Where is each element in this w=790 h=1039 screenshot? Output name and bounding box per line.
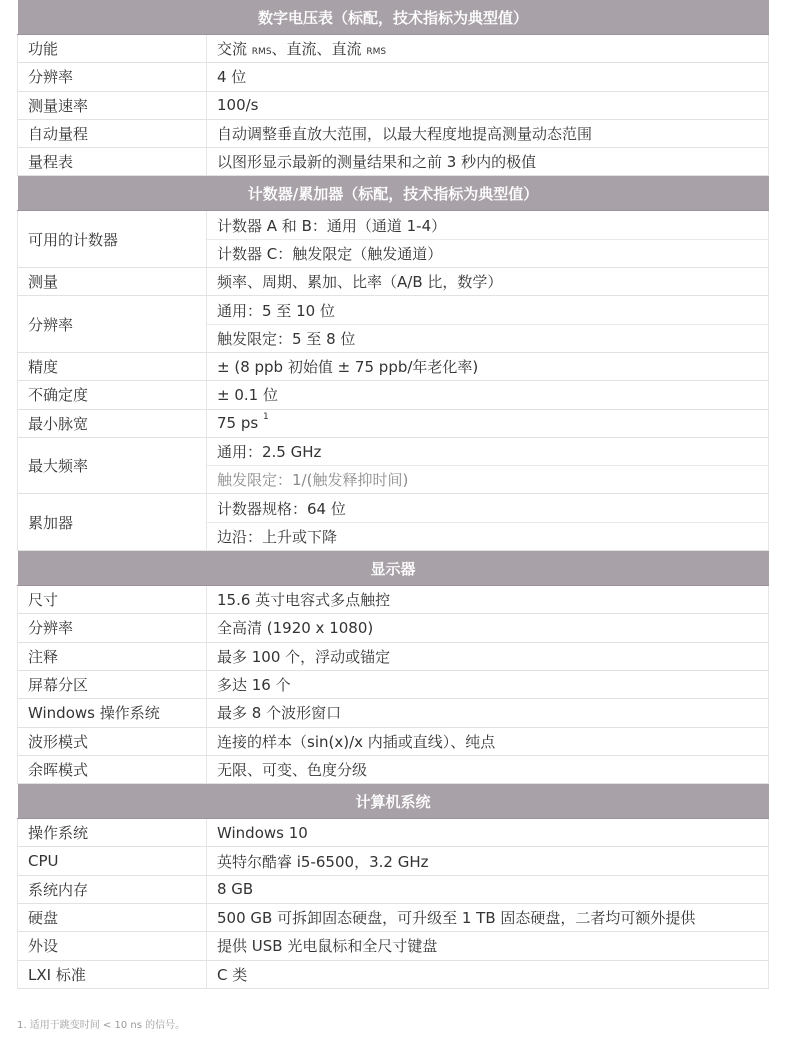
row-label: 不确定度 xyxy=(18,381,207,409)
value-text: 75 ps xyxy=(217,414,258,432)
row-value: 15.6 英寸电容式多点触控 xyxy=(207,586,769,614)
section-header-computer: 计算机系统 xyxy=(18,784,769,819)
row-value: 边沿：上升或下降 xyxy=(207,522,769,550)
row-label: 测量 xyxy=(18,268,207,296)
row-value: 多达 16 个 xyxy=(207,670,769,698)
row-value: C 类 xyxy=(207,960,769,988)
row-value: 最多 100 个，浮动或锚定 xyxy=(207,642,769,670)
row-label: 硬盘 xyxy=(18,904,207,932)
row-value: 交流 RMS、直流、直流 RMS xyxy=(207,35,769,63)
row-value: 提供 USB 光电鼠标和全尺寸键盘 xyxy=(207,932,769,960)
table-row: 注释 最多 100 个，浮动或锚定 xyxy=(18,642,769,670)
row-label: 自动量程 xyxy=(18,119,207,147)
row-value: 100/s xyxy=(207,91,769,119)
section-header-counter: 计数器/累加器（标配，技术指标为典型值） xyxy=(18,176,769,211)
table-row: 量程表 以图形显示最新的测量结果和之前 3 秒内的极值 xyxy=(18,148,769,176)
row-label: 波形模式 xyxy=(18,727,207,755)
section-title: 计数器/累加器（标配，技术指标为典型值） xyxy=(18,176,769,211)
row-value: 英特尔酷睿 i5-6500，3.2 GHz xyxy=(207,847,769,875)
table-row: 不确定度 ± 0.1 位 xyxy=(18,381,769,409)
table-row: 测量速率 100/s xyxy=(18,91,769,119)
row-label: 注释 xyxy=(18,642,207,670)
row-label: 尺寸 xyxy=(18,586,207,614)
table-row: 精度 ± (8 ppb 初始值 ± 75 ppb/年老化率) xyxy=(18,352,769,380)
table-row: 尺寸 15.6 英寸电容式多点触控 xyxy=(18,586,769,614)
table-row: 测量 频率、周期、累加、比率（A/B 比，数学） xyxy=(18,268,769,296)
row-label: 系统内存 xyxy=(18,875,207,903)
table-row: 自动量程 自动调整垂直放大范围，以最大程度地提高测量动态范围 xyxy=(18,119,769,147)
row-value: Windows 10 xyxy=(207,819,769,847)
row-label: 分辨率 xyxy=(18,614,207,642)
row-value: 自动调整垂直放大范围，以最大程度地提高测量动态范围 xyxy=(207,119,769,147)
table-row: 分辨率 4 位 xyxy=(18,63,769,91)
row-value: ± 0.1 位 xyxy=(207,381,769,409)
table-row: 累加器 计数器规格：64 位 xyxy=(18,494,769,522)
row-label: 分辨率 xyxy=(18,296,207,353)
value-text: 交流 xyxy=(217,40,247,58)
footnote-ref: 1 xyxy=(263,412,269,422)
row-label: 最大频率 xyxy=(18,437,207,494)
row-label: 外设 xyxy=(18,932,207,960)
row-value: 计数器规格：64 位 xyxy=(207,494,769,522)
section-title: 数字电压表（标配，技术指标为典型值） xyxy=(18,0,769,35)
section-title: 计算机系统 xyxy=(18,784,769,819)
row-value: 频率、周期、累加、比率（A/B 比，数学） xyxy=(207,268,769,296)
row-value: 通用：5 至 10 位 xyxy=(207,296,769,324)
row-value: 通用：2.5 GHz xyxy=(207,437,769,465)
footnote: 1. 适用于跳变时间 < 10 ns 的信号。 xyxy=(17,1016,185,1031)
row-label: 量程表 xyxy=(18,148,207,176)
table-row: 最大频率 通用：2.5 GHz xyxy=(18,437,769,465)
table-row: 系统内存 8 GB xyxy=(18,875,769,903)
table-row: LXI 标准 C 类 xyxy=(18,960,769,988)
row-value: 最多 8 个波形窗口 xyxy=(207,699,769,727)
row-label: 功能 xyxy=(18,35,207,63)
row-value: 以图形显示最新的测量结果和之前 3 秒内的极值 xyxy=(207,148,769,176)
row-value: 75 ps 1 xyxy=(207,409,769,437)
table-row: 屏幕分区 多达 16 个 xyxy=(18,670,769,698)
value-text: 、直流、直流 xyxy=(272,40,362,58)
row-value: 8 GB xyxy=(207,875,769,903)
row-value: 计数器 C：触发限定（触发通道） xyxy=(207,239,769,267)
row-label: 分辨率 xyxy=(18,63,207,91)
row-label: Windows 操作系统 xyxy=(18,699,207,727)
row-value: 触发限定：5 至 8 位 xyxy=(207,324,769,352)
section-header-dvm: 数字电压表（标配，技术指标为典型值） xyxy=(18,0,769,35)
row-label: 精度 xyxy=(18,352,207,380)
row-value: 全高清 (1920 x 1080) xyxy=(207,614,769,642)
table-row: 操作系统 Windows 10 xyxy=(18,819,769,847)
table-row: 最小脉宽 75 ps 1 xyxy=(18,409,769,437)
row-value: ± (8 ppb 初始值 ± 75 ppb/年老化率) xyxy=(207,352,769,380)
row-value: 500 GB 可拆卸固态硬盘，可升级至 1 TB 固态硬盘，二者均可额外提供 xyxy=(207,904,769,932)
value-subscript: RMS xyxy=(366,47,386,57)
table-row: 外设 提供 USB 光电鼠标和全尺寸键盘 xyxy=(18,932,769,960)
row-label: 操作系统 xyxy=(18,819,207,847)
section-header-display: 显示器 xyxy=(18,551,769,586)
row-label: 可用的计数器 xyxy=(18,211,207,268)
table-row: CPU 英特尔酷睿 i5-6500，3.2 GHz xyxy=(18,847,769,875)
row-label: 余晖模式 xyxy=(18,755,207,783)
row-value: 无限、可变、色度分级 xyxy=(207,755,769,783)
row-value: 触发限定：1/(触发释抑时间) xyxy=(207,466,769,494)
table-row: 分辨率 全高清 (1920 x 1080) xyxy=(18,614,769,642)
row-value: 连接的样本（sin(x)/x 内插或直线）、纯点 xyxy=(207,727,769,755)
table-row: 功能 交流 RMS、直流、直流 RMS xyxy=(18,35,769,63)
row-label: 最小脉宽 xyxy=(18,409,207,437)
section-title: 显示器 xyxy=(18,551,769,586)
row-label: CPU xyxy=(18,847,207,875)
row-value: 4 位 xyxy=(207,63,769,91)
table-row: 波形模式 连接的样本（sin(x)/x 内插或直线）、纯点 xyxy=(18,727,769,755)
table-row: Windows 操作系统 最多 8 个波形窗口 xyxy=(18,699,769,727)
row-label: LXI 标准 xyxy=(18,960,207,988)
table-row: 分辨率 通用：5 至 10 位 xyxy=(18,296,769,324)
row-label: 累加器 xyxy=(18,494,207,551)
table-row: 余晖模式 无限、可变、色度分级 xyxy=(18,755,769,783)
table-row: 硬盘 500 GB 可拆卸固态硬盘，可升级至 1 TB 固态硬盘，二者均可额外提… xyxy=(18,904,769,932)
row-label: 屏幕分区 xyxy=(18,670,207,698)
value-subscript: RMS xyxy=(252,47,272,57)
row-value: 计数器 A 和 B：通用（通道 1-4） xyxy=(207,211,769,239)
row-label: 测量速率 xyxy=(18,91,207,119)
table-row: 可用的计数器 计数器 A 和 B：通用（通道 1-4） xyxy=(18,211,769,239)
spec-table: 数字电压表（标配，技术指标为典型值） 功能 交流 RMS、直流、直流 RMS 分… xyxy=(17,0,769,989)
